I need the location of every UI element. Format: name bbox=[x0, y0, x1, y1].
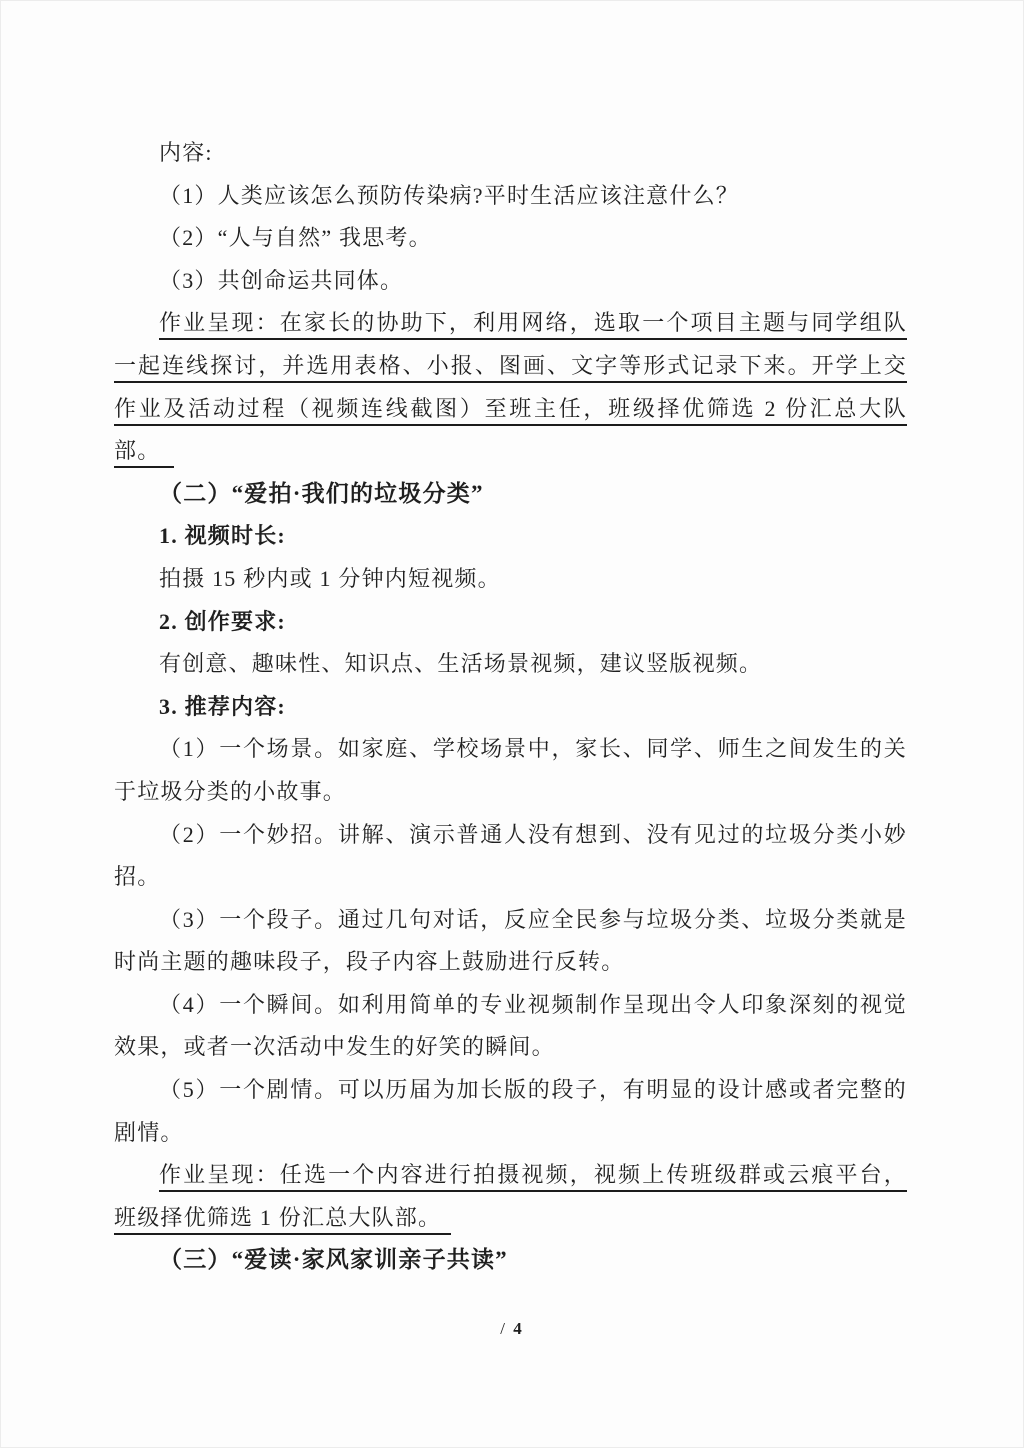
line-text: 部。 bbox=[114, 438, 174, 468]
line-text: 作业呈现：任选一个内容进行拍摄视频，视频上传班级群或云痕平台， bbox=[159, 1162, 907, 1192]
line-text: 3. 推荐内容: bbox=[159, 694, 286, 719]
line-text: 有创意、趣味性、知识点、生活场景视频，建议竖版视频。 bbox=[159, 651, 762, 676]
content-label: 内容: bbox=[114, 132, 907, 175]
recommended-item-4-line-1: （4）一个瞬间。如利用简单的专业视频制作呈现出令人印象深刻的视觉 bbox=[114, 984, 907, 1027]
line-text: （2）“人与自然” 我思考。 bbox=[159, 225, 432, 250]
line-text: 1. 视频时长: bbox=[159, 523, 286, 548]
recommended-item-3-line-1: （3）一个段子。通过几句对话，反应全民参与垃圾分类、垃圾分类就是 bbox=[114, 899, 907, 942]
line-text: 拍摄 15 秒内或 1 分钟内短视频。 bbox=[159, 566, 501, 591]
content-item-1: （1）人类应该怎么预防传染病?平时生活应该注意什么？ bbox=[114, 175, 907, 218]
homework-presentation-2-line-1: 作业呈现：任选一个内容进行拍摄视频，视频上传班级群或云痕平台， bbox=[114, 1154, 907, 1197]
recommended-item-4-line-2: 效果，或者一次活动中发生的好笑的瞬间。 bbox=[114, 1026, 907, 1069]
content-item-3: （3）共创命运共同体。 bbox=[114, 260, 907, 303]
recommended-item-2-line-2: 招。 bbox=[114, 856, 907, 899]
video-duration-heading: 1. 视频时长: bbox=[114, 515, 907, 558]
homework-presentation-2-line-2: 班级择优筛选 1 份汇总大队部。 bbox=[114, 1197, 907, 1240]
homework-presentation-1-line-1: 作业呈现：在家长的协助下，利用网络，选取一个项目主题与同学组队 bbox=[114, 302, 907, 345]
line-text: （3）一个段子。通过几句对话，反应全民参与垃圾分类、垃圾分类就是 bbox=[159, 907, 907, 932]
creation-requirements-heading: 2. 创作要求: bbox=[114, 601, 907, 644]
line-text: （三）“爱读·家风家训亲子共读” bbox=[159, 1247, 508, 1272]
creation-requirements-text: 有创意、趣味性、知识点、生活场景视频，建议竖版视频。 bbox=[114, 643, 907, 686]
line-text: 一起连线探讨，并选用表格、小报、图画、文字等形式记录下来。开学上交 bbox=[114, 353, 907, 383]
page-number-slash: / bbox=[500, 1319, 507, 1338]
recommended-item-2-line-1: （2）一个妙招。讲解、演示普通人没有想到、没有见过的垃圾分类小妙 bbox=[114, 814, 907, 857]
homework-presentation-1-line-4: 部。 bbox=[114, 430, 907, 473]
video-duration-text: 拍摄 15 秒内或 1 分钟内短视频。 bbox=[114, 558, 907, 601]
page-number-value: 4 bbox=[513, 1319, 524, 1338]
line-text: （2）一个妙招。讲解、演示普通人没有想到、没有见过的垃圾分类小妙 bbox=[159, 822, 907, 847]
line-text: 作业及活动过程（视频连线截图）至班主任，班级择优筛选 2 份汇总大队 bbox=[114, 396, 907, 426]
homework-presentation-1-line-2: 一起连线探讨，并选用表格、小报、图画、文字等形式记录下来。开学上交 bbox=[114, 345, 907, 388]
line-text: （3）共创命运共同体。 bbox=[159, 268, 403, 293]
recommended-item-3-line-2: 时尚主题的趣味段子，段子内容上鼓励进行反转。 bbox=[114, 941, 907, 984]
line-text: （4）一个瞬间。如利用简单的专业视频制作呈现出令人印象深刻的视觉 bbox=[159, 992, 907, 1017]
line-text: 班级择优筛选 1 份汇总大队部。 bbox=[114, 1205, 451, 1235]
line-text: 内容: bbox=[159, 140, 213, 165]
recommended-item-1-line-2: 于垃圾分类的小故事。 bbox=[114, 771, 907, 814]
line-text: 效果，或者一次活动中发生的好笑的瞬间。 bbox=[114, 1034, 555, 1059]
page-number: / 4 bbox=[1, 1319, 1023, 1339]
line-text: 招。 bbox=[114, 864, 160, 889]
line-text: （1）一个场景。如家庭、学校场景中，家长、同学、师生之间发生的关 bbox=[159, 736, 907, 761]
line-text: 时尚主题的趣味段子，段子内容上鼓励进行反转。 bbox=[114, 949, 624, 974]
line-text: 剧情。 bbox=[114, 1120, 184, 1145]
section-3-heading: （三）“爱读·家风家训亲子共读” bbox=[114, 1239, 907, 1282]
line-text: 2. 创作要求: bbox=[159, 609, 286, 634]
homework-presentation-1-line-3: 作业及活动过程（视频连线截图）至班主任，班级择优筛选 2 份汇总大队 bbox=[114, 388, 907, 431]
recommended-item-5-line-2: 剧情。 bbox=[114, 1112, 907, 1155]
line-text: （5）一个剧情。可以历届为加长版的段子，有明显的设计感或者完整的 bbox=[159, 1077, 907, 1102]
document-page: 内容: （1）人类应该怎么预防传染病?平时生活应该注意什么？ （2）“人与自然”… bbox=[0, 0, 1024, 1448]
line-text: （二）“爱拍·我们的垃圾分类” bbox=[159, 481, 484, 506]
line-text: （1）人类应该怎么预防传染病?平时生活应该注意什么？ bbox=[159, 183, 739, 208]
line-text: 作业呈现：在家长的协助下，利用网络，选取一个项目主题与同学组队 bbox=[159, 310, 907, 340]
line-text: 于垃圾分类的小故事。 bbox=[114, 779, 346, 804]
recommended-item-5-line-1: （5）一个剧情。可以历届为加长版的段子，有明显的设计感或者完整的 bbox=[114, 1069, 907, 1112]
content-item-2: （2）“人与自然” 我思考。 bbox=[114, 217, 907, 260]
section-2-heading: （二）“爱拍·我们的垃圾分类” bbox=[114, 473, 907, 516]
recommended-content-heading: 3. 推荐内容: bbox=[114, 686, 907, 729]
document-body: 内容: （1）人类应该怎么预防传染病?平时生活应该注意什么？ （2）“人与自然”… bbox=[114, 132, 907, 1282]
recommended-item-1-line-1: （1）一个场景。如家庭、学校场景中，家长、同学、师生之间发生的关 bbox=[114, 728, 907, 771]
